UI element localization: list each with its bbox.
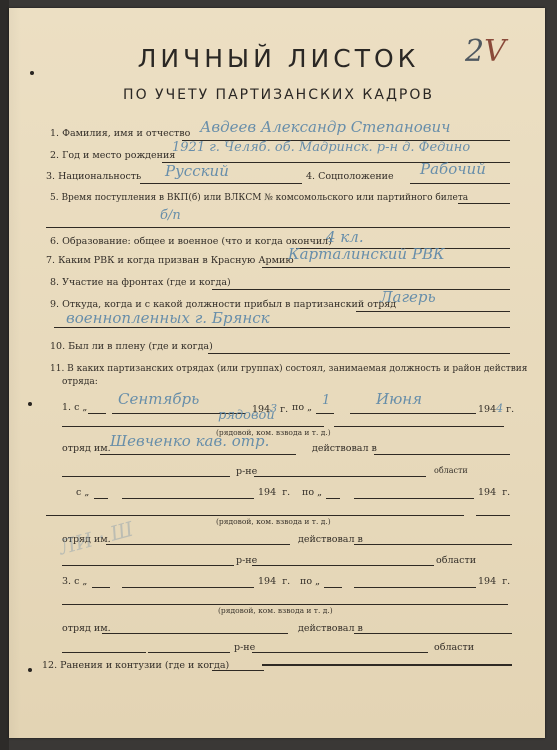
field-3-value: Русский xyxy=(165,162,229,180)
field-11-label: 11. В каких партизанских отрядах (или гр… xyxy=(50,364,527,374)
unit-3-to-day-line xyxy=(324,587,342,588)
unit-3-district-line-b xyxy=(252,652,428,653)
unit-3-from-label: 3. с „ xyxy=(62,576,87,587)
unit-2-acted-line xyxy=(354,544,512,545)
unit-2-to-month-line xyxy=(354,498,474,499)
field-5-value: б/п xyxy=(160,208,181,223)
unit-2-to-year: 194 г. xyxy=(478,487,510,498)
unit-1-unit-line xyxy=(100,454,296,455)
unit-2-position-hint: (рядовой, ком. взвода и т. д.) xyxy=(216,517,331,526)
unit-3-district-line-c xyxy=(148,652,230,653)
unit-1-acted-line xyxy=(374,454,510,455)
field-10-label: 10. Был ли в плену (где и когда) xyxy=(50,341,213,352)
field-11-label-cont: отряда: xyxy=(62,377,98,387)
corner-handwritten-mark: 2V xyxy=(465,34,506,69)
unit-1-unit-label: отряд им. xyxy=(62,443,111,454)
unit-2-unit-line xyxy=(106,544,290,545)
field-4-label: 4. Соцположение xyxy=(306,171,394,182)
unit-1-acted-label: действовал в xyxy=(312,443,377,454)
unit-2-from-day-line xyxy=(94,498,108,499)
unit-1-to-year: 1944 г. xyxy=(478,402,514,415)
unit-3-acted-line xyxy=(354,633,512,634)
field-7-value: Карталинский РВК xyxy=(288,245,445,263)
unit-1-to-month-line xyxy=(350,413,476,414)
unit-1-from-day-line xyxy=(88,413,106,414)
field-6-value: 4 кл. xyxy=(326,228,364,246)
unit-3-position-line xyxy=(62,604,508,605)
field-10-line xyxy=(208,353,510,354)
field-12-line-b xyxy=(262,664,512,666)
unit-3-to-year: 194 г. xyxy=(478,576,510,587)
field-7-line xyxy=(262,267,510,268)
unit-3-from-month-line xyxy=(122,587,254,588)
unit-2-district-line-a xyxy=(62,565,204,566)
field-1-value: Авдеев Александр Степанович xyxy=(200,118,451,136)
unit-1-to-day-line xyxy=(316,413,334,414)
field-9-line-a xyxy=(356,311,510,312)
unit-2-region-label: области xyxy=(436,555,476,566)
scan-edge xyxy=(0,0,9,750)
unit-3-unit-line xyxy=(102,633,288,634)
field-4-value: Рабочий xyxy=(420,160,486,178)
unit-1-to-month: Июня xyxy=(376,390,422,408)
field-2-value: 1921 г. Челяб. об. Мадринск. р-н д. Феди… xyxy=(172,140,470,155)
unit-1-to-label: по „ xyxy=(292,402,312,413)
field-12-line-a xyxy=(212,670,264,671)
unit-3-region-label: области xyxy=(434,642,474,653)
margin-dot xyxy=(28,668,32,672)
unit-2-from-month-line xyxy=(122,498,254,499)
unit-2-position-line-a xyxy=(46,515,464,516)
unit-3-from-day-line xyxy=(92,587,110,588)
field-9-line-b xyxy=(54,327,510,328)
field-7-label: 7. Каким РВК и когда призван в Красную А… xyxy=(46,255,294,266)
field-2-label: 2. Год и место рождения xyxy=(50,150,175,161)
unit-1-from-label: 1. с „ xyxy=(62,402,87,413)
field-5-line-b xyxy=(46,227,510,228)
margin-dot xyxy=(28,402,32,406)
unit-1-region-label: области xyxy=(434,466,468,475)
unit-1-from-month: Сентябрь xyxy=(118,390,199,408)
field-5-label: 5. Время поступления в ВКП(б) или ВЛКСМ … xyxy=(50,193,468,203)
field-1-label: 1. Фамилия, имя и отчество xyxy=(50,128,190,139)
unit-2-from-year: 194 г. xyxy=(258,487,290,498)
unit-2-position-line-b xyxy=(476,515,510,516)
field-5-line-a xyxy=(458,203,510,204)
unit-1-position: рядовой xyxy=(218,408,275,423)
field-9-value-1: Лагерь xyxy=(380,288,436,306)
unit-3-to-month-line xyxy=(354,587,476,588)
unit-2-to-day-line xyxy=(326,498,340,499)
unit-2-district-line-b xyxy=(252,565,434,566)
field-3-label: 3. Национальность xyxy=(46,171,141,182)
unit-1-unit-name: Шевченко кав. отр. xyxy=(110,432,269,450)
unit-2-district-line-c xyxy=(204,565,234,566)
unit-1-position-line-b xyxy=(334,426,504,427)
field-9-value-2: военнопленных г. Брянск xyxy=(66,309,270,327)
field-4-line xyxy=(410,183,510,184)
unit-3-from-year: 194 г. xyxy=(258,576,290,587)
document-subtitle: ПО УЧЕТУ ПАРТИЗАНСКИХ КАДРОВ xyxy=(0,87,557,103)
field-8-line xyxy=(212,289,510,290)
unit-1-position-line-a xyxy=(62,426,324,427)
margin-dot xyxy=(30,71,34,75)
field-12-label: 12. Ранения и контузии (где и когда) xyxy=(42,660,229,671)
unit-2-to-label: по „ xyxy=(302,487,322,498)
unit-3-district-line-a xyxy=(62,652,146,653)
field-8-label: 8. Участие на фронтах (где и когда) xyxy=(50,277,231,288)
unit-3-to-label: по „ xyxy=(300,576,320,587)
unit-2-from-label: с „ xyxy=(76,487,89,498)
unit-1-district-line-b xyxy=(254,476,426,477)
unit-1-to-day: 1 xyxy=(322,393,330,408)
unit-1-district-line-a xyxy=(62,476,230,477)
unit-3-position-hint: (рядовой, ком. взвода и т. д.) xyxy=(218,606,333,615)
field-3-line xyxy=(140,183,302,184)
